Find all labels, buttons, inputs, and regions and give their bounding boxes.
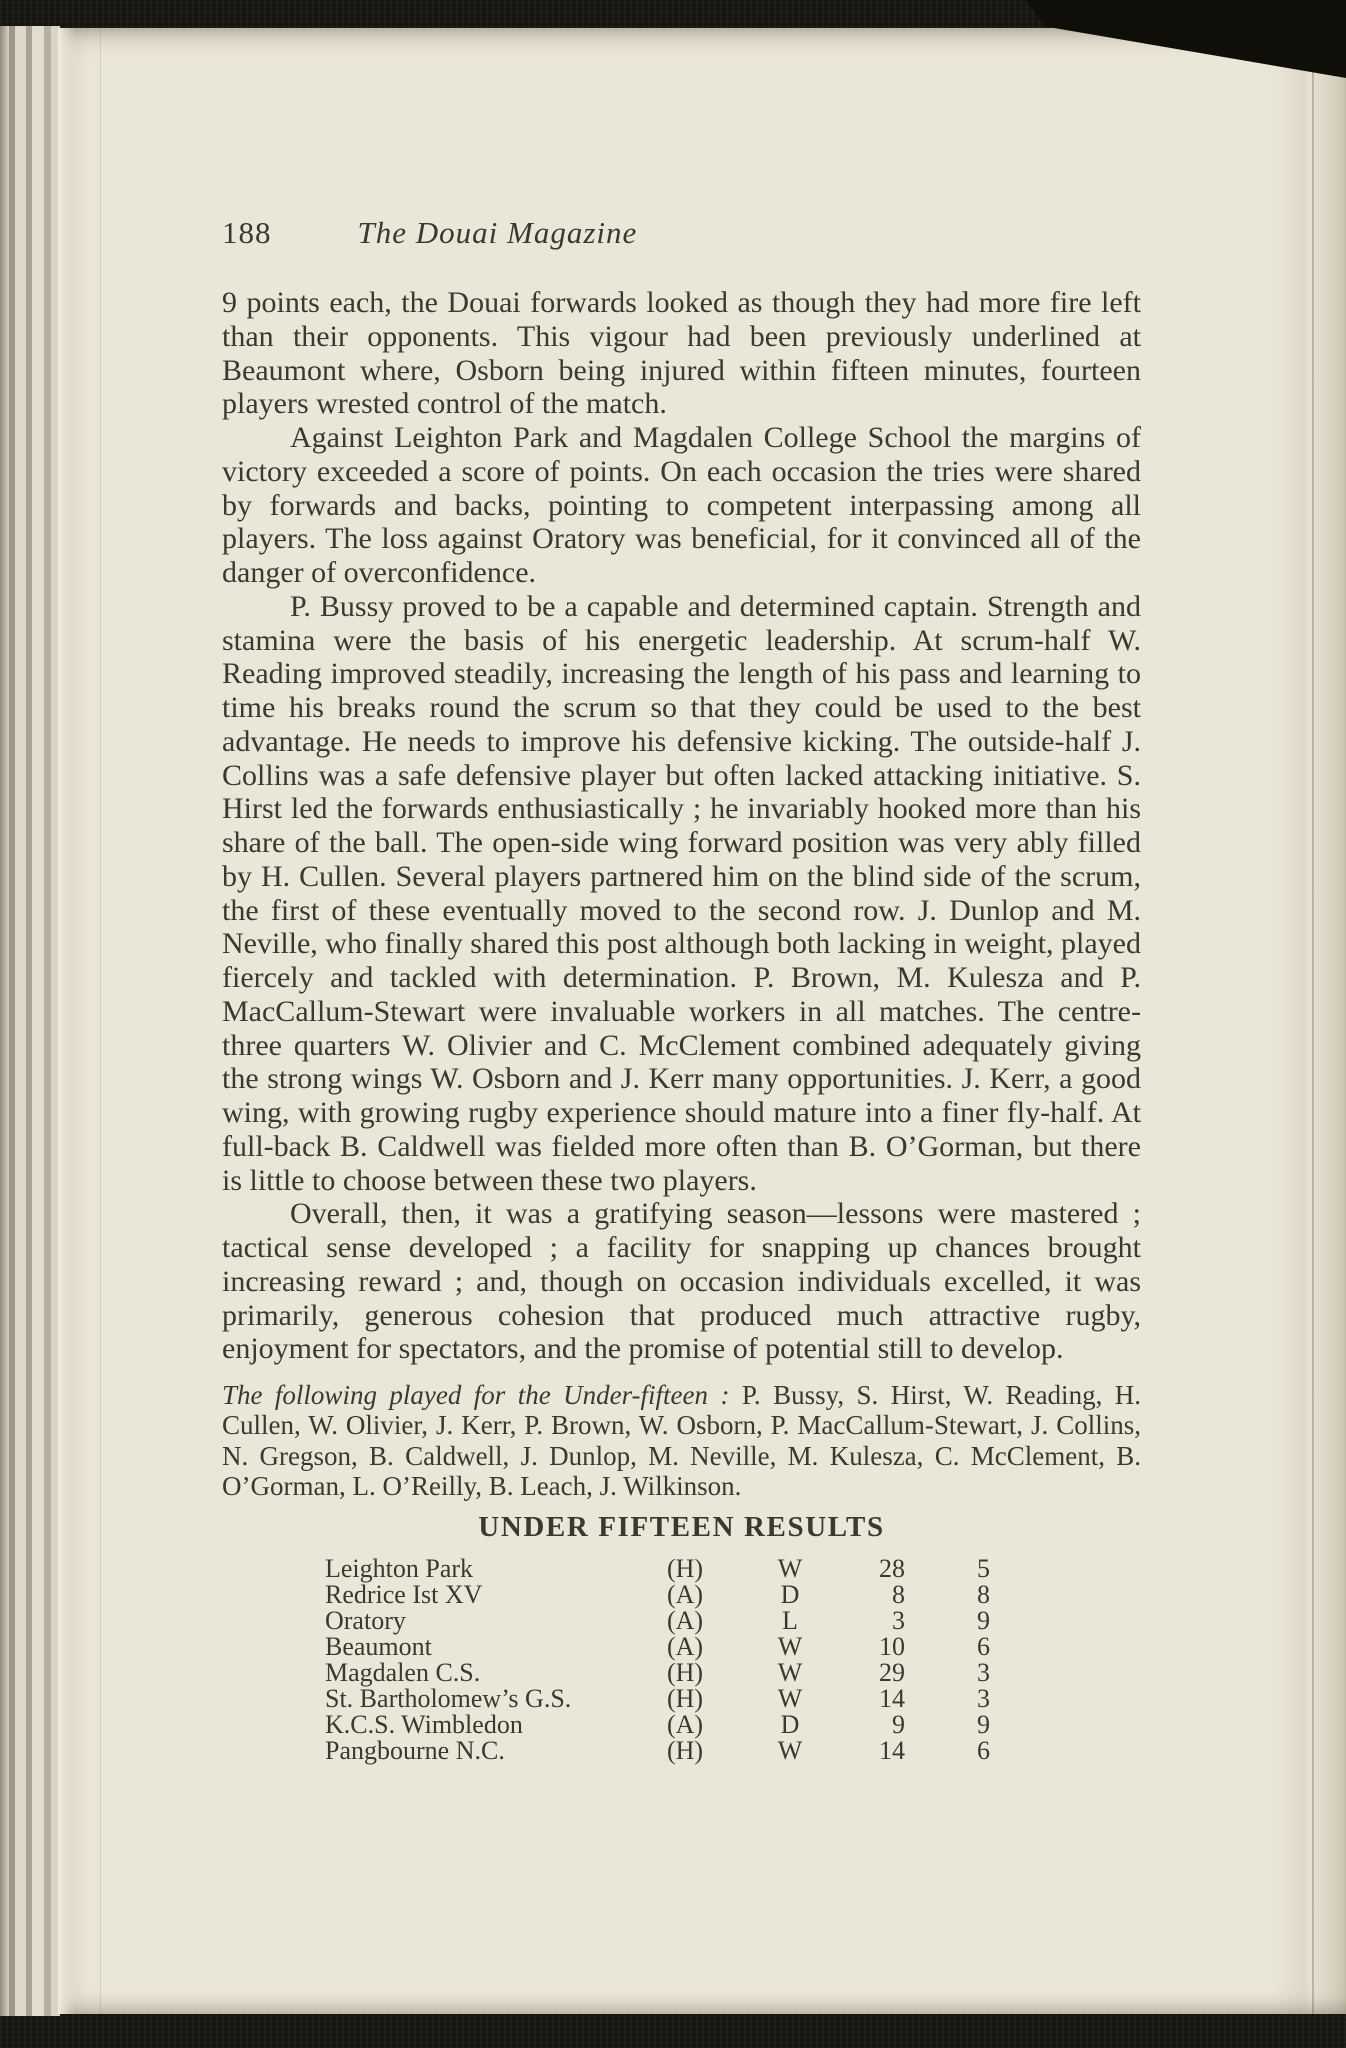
table-row: K.C.S. Wimbledon (A) D 9 9	[325, 1712, 1141, 1738]
venue-cell: (H)	[655, 1738, 715, 1764]
result-cell: W	[715, 1556, 865, 1582]
opponent-cell: Redrice Ist XV	[325, 1582, 655, 1608]
points-against-cell: 9	[905, 1712, 990, 1738]
paragraph: Against Leighton Park and Magdalen Colle…	[222, 421, 1141, 590]
table-row: Magdalen C.S. (H) W 29 3	[325, 1660, 1141, 1686]
points-against-cell: 6	[905, 1634, 990, 1660]
result-cell: W	[715, 1660, 865, 1686]
table-row: Redrice Ist XV (A) D 8 8	[325, 1582, 1141, 1608]
opponent-cell: St. Bartholomew’s G.S.	[325, 1686, 655, 1712]
book-page: 188 The Douai Magazine 9 points each, th…	[58, 28, 1346, 2014]
points-for-cell: 3	[865, 1608, 905, 1634]
opponent-cell: Leighton Park	[325, 1556, 655, 1582]
result-cell: W	[715, 1634, 865, 1660]
points-against-cell: 3	[905, 1686, 990, 1712]
paragraph: Overall, then, it was a gratifying seaso…	[222, 1197, 1141, 1366]
table-row: Leighton Park (H) W 28 5	[325, 1556, 1141, 1582]
points-against-cell: 8	[905, 1582, 990, 1608]
running-title: The Douai Magazine	[358, 215, 638, 251]
table-row: Oratory (A) L 3 9	[325, 1608, 1141, 1634]
points-against-cell: 3	[905, 1660, 990, 1686]
venue-cell: (H)	[655, 1660, 715, 1686]
opponent-cell: Pangbourne N.C.	[325, 1738, 655, 1764]
points-for-cell: 9	[865, 1712, 905, 1738]
opponent-cell: K.C.S. Wimbledon	[325, 1712, 655, 1738]
page-stack-edge	[32, 26, 44, 2016]
result-cell: D	[715, 1712, 865, 1738]
page-number: 188	[222, 215, 272, 251]
opponent-cell: Beaumont	[325, 1634, 655, 1660]
page-header: 188 The Douai Magazine	[222, 215, 1141, 251]
result-cell: W	[715, 1738, 865, 1764]
opponent-cell: Magdalen C.S.	[325, 1660, 655, 1686]
paragraph: 9 points each, the Douai forwards looked…	[222, 286, 1141, 421]
roster-intro: The following played for the Under-fifte…	[222, 1380, 742, 1410]
opponent-cell: Oratory	[325, 1608, 655, 1634]
results-heading: UNDER FIFTEEN RESULTS	[222, 1510, 1141, 1544]
roster-paragraph: The following played for the Under-fifte…	[222, 1380, 1141, 1502]
page-crease	[100, 28, 101, 2014]
paragraph: P. Bussy proved to be a capable and dete…	[222, 590, 1141, 1198]
gutter-crease	[1312, 28, 1314, 2014]
page-stack-edge	[15, 26, 26, 2016]
points-against-cell: 5	[905, 1556, 990, 1582]
page-edge-highlight	[58, 28, 76, 2014]
venue-cell: (A)	[655, 1634, 715, 1660]
book-photo: 188 The Douai Magazine 9 points each, th…	[0, 0, 1346, 2048]
venue-cell: (H)	[655, 1686, 715, 1712]
page-stack-edge	[0, 26, 9, 2016]
text-column: 188 The Douai Magazine 9 points each, th…	[222, 215, 1141, 1764]
points-against-cell: 9	[905, 1608, 990, 1634]
result-cell: D	[715, 1582, 865, 1608]
venue-cell: (A)	[655, 1712, 715, 1738]
points-against-cell: 6	[905, 1738, 990, 1764]
points-for-cell: 28	[865, 1556, 905, 1582]
page-stack-edge	[44, 26, 51, 2016]
table-row: Beaumont (A) W 10 6	[325, 1634, 1141, 1660]
results-table: Leighton Park (H) W 28 5 Redrice Ist XV …	[325, 1556, 1141, 1765]
points-for-cell: 14	[865, 1686, 905, 1712]
venue-cell: (A)	[655, 1582, 715, 1608]
result-cell: W	[715, 1686, 865, 1712]
points-for-cell: 8	[865, 1582, 905, 1608]
table-row: St. Bartholomew’s G.S. (H) W 14 3	[325, 1686, 1141, 1712]
venue-cell: (H)	[655, 1556, 715, 1582]
points-for-cell: 10	[865, 1634, 905, 1660]
article-body: 9 points each, the Douai forwards looked…	[222, 286, 1141, 1366]
points-for-cell: 14	[865, 1738, 905, 1764]
points-for-cell: 29	[865, 1660, 905, 1686]
venue-cell: (A)	[655, 1608, 715, 1634]
result-cell: L	[715, 1608, 865, 1634]
table-row: Pangbourne N.C. (H) W 14 6	[325, 1738, 1141, 1764]
binding-gutter-shadow	[1274, 28, 1346, 2014]
